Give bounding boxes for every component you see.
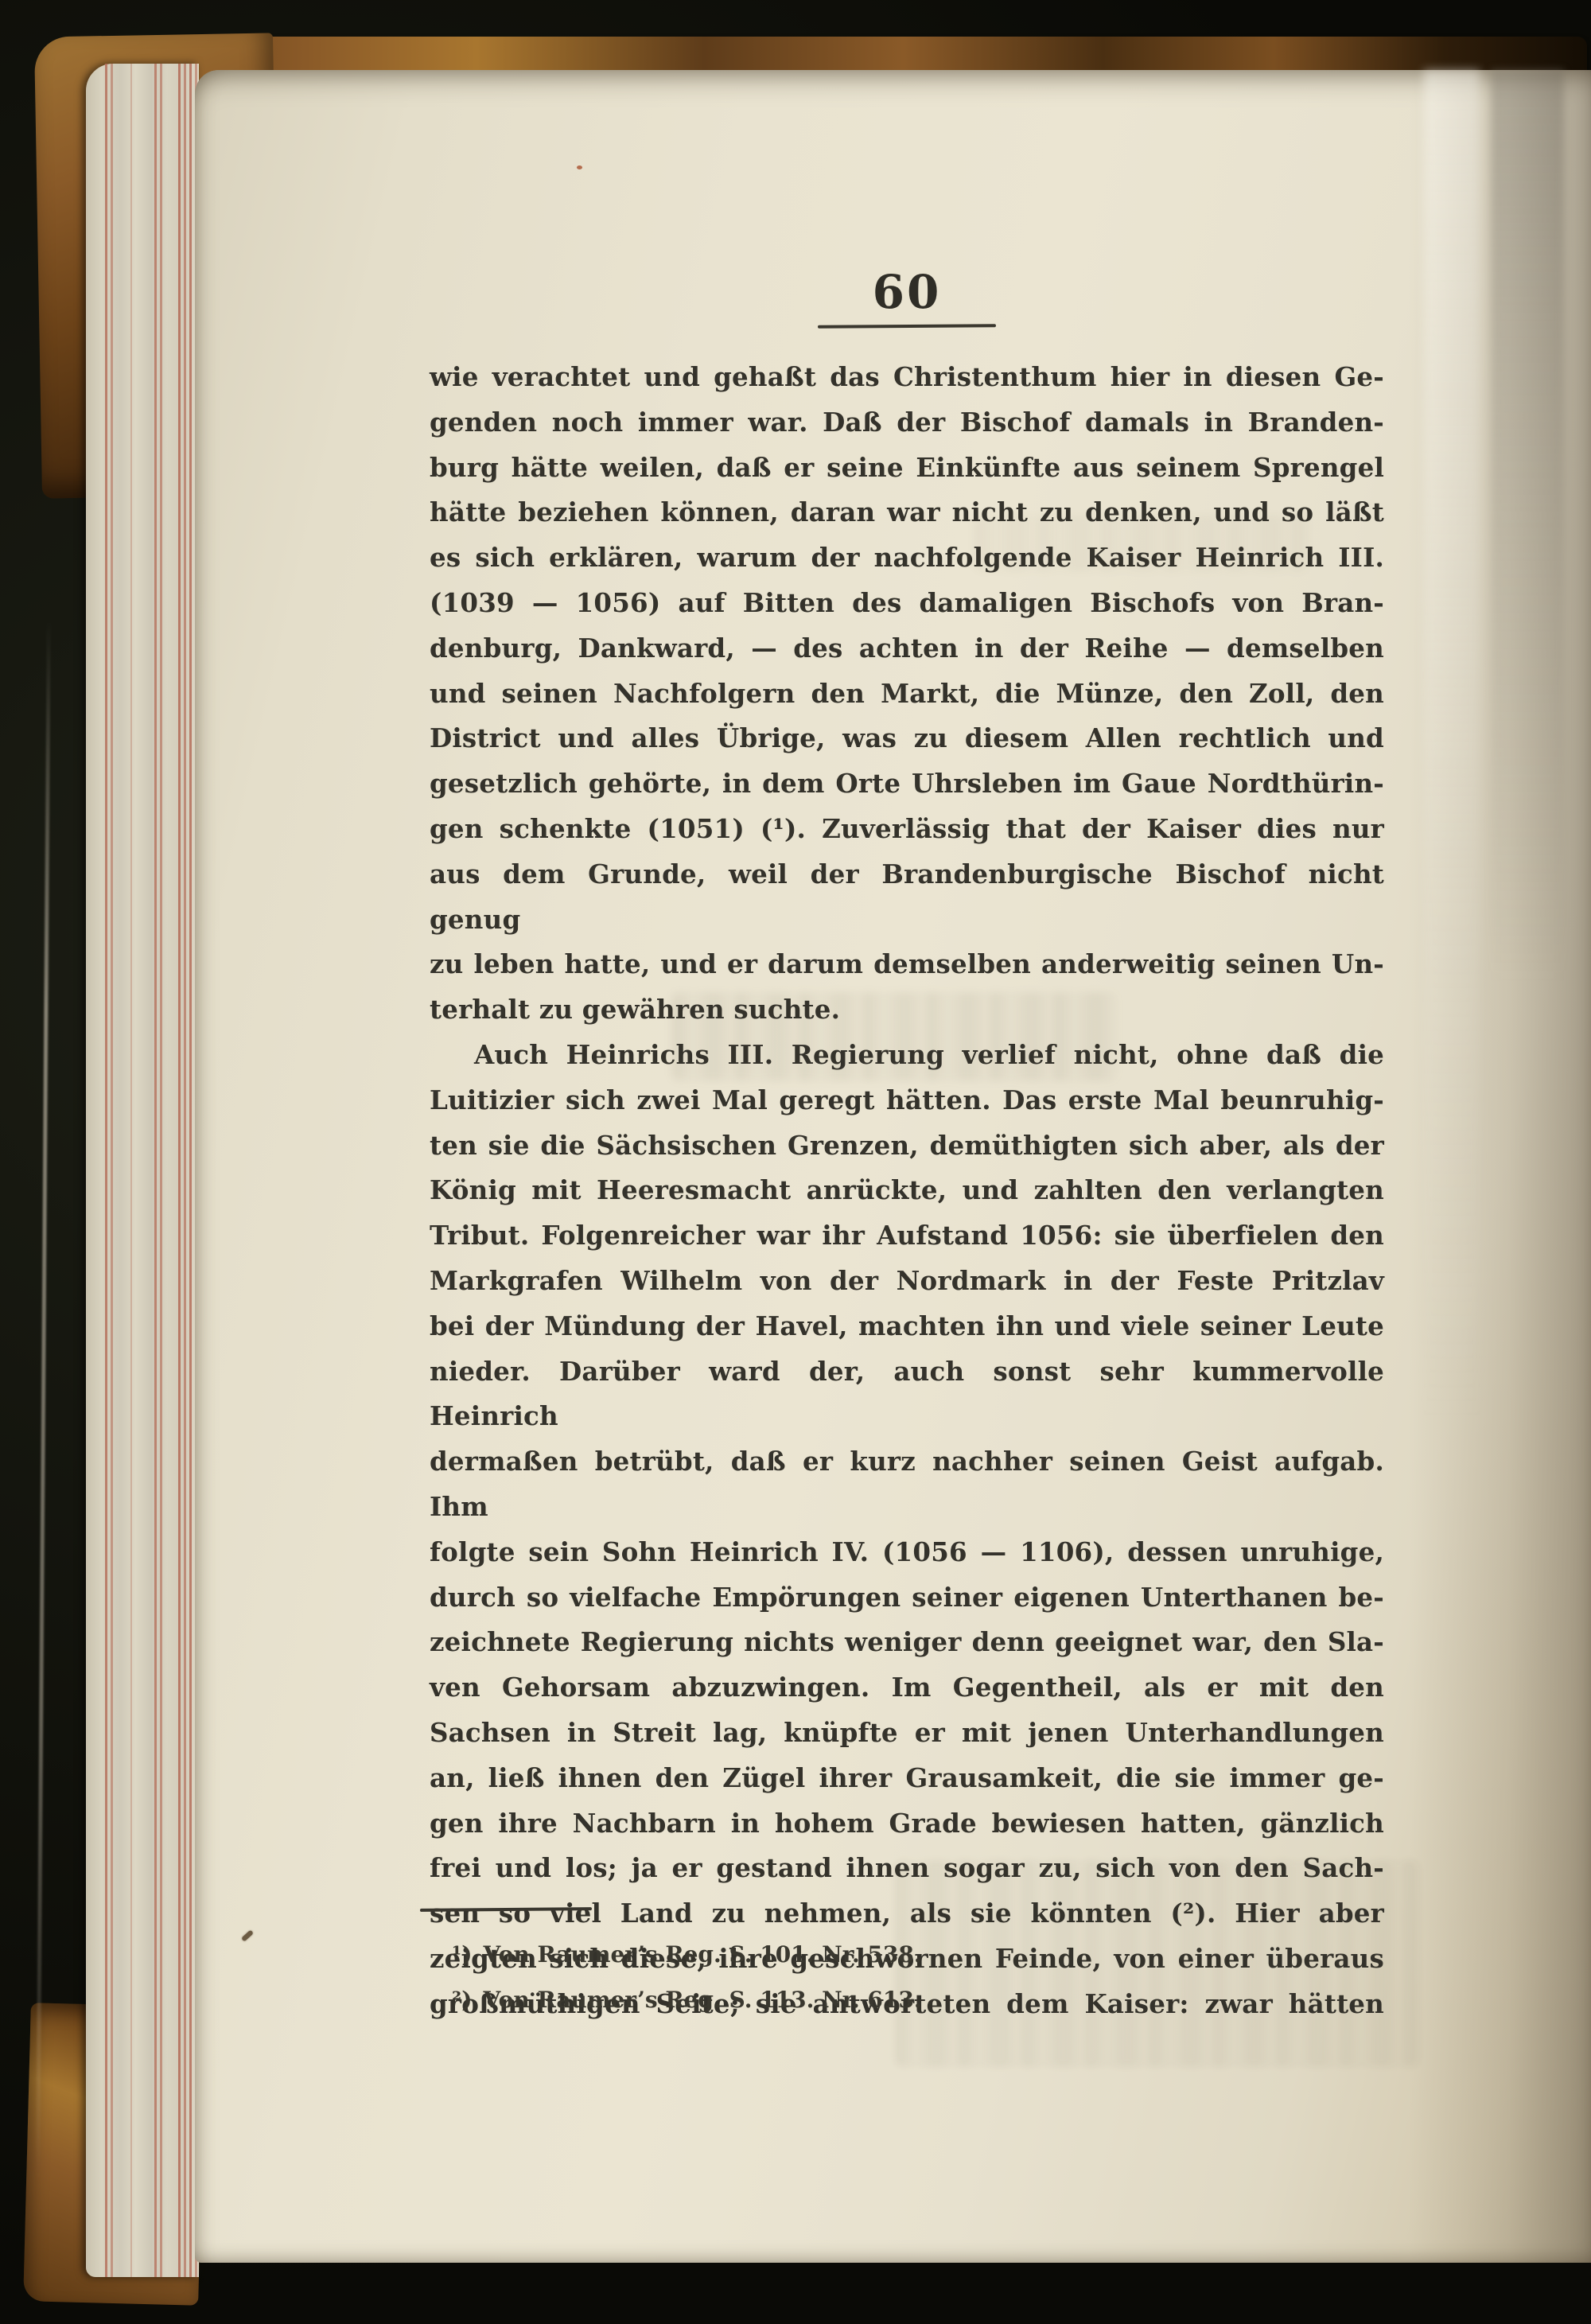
page-edge-line bbox=[160, 64, 162, 2277]
text-line: Tribut. Folgenreicher war ihr Aufstand 1… bbox=[430, 1213, 1384, 1259]
pencil-speck bbox=[241, 1929, 254, 1941]
page-edge-line bbox=[184, 64, 186, 2277]
text-line: gen ihre Nachbarn in hohem Grade bewiese… bbox=[430, 1801, 1384, 1847]
page-number-rule bbox=[818, 324, 996, 329]
text-line: bei der Mündung der Havel, machten ihn u… bbox=[430, 1304, 1384, 1349]
gutter-shadow bbox=[1408, 70, 1591, 2263]
text-line: gen schenkte (1051) (¹). Zuverlässig tha… bbox=[430, 807, 1384, 852]
footnote-text: Von Raumer’s Reg. S. 101. Nr. 538. bbox=[484, 1941, 922, 1968]
text-line: District und alles Übrige, was zu diesem… bbox=[430, 716, 1384, 761]
page-edge-line bbox=[130, 64, 132, 2277]
page-edge-line bbox=[154, 64, 157, 2277]
text-line: und seinen Nachfolgern den Markt, die Mü… bbox=[430, 672, 1384, 717]
text-line: Markgrafen Wilhelm von der Nordmark in d… bbox=[430, 1259, 1384, 1304]
book-photo: 60 wie verachtet und gehaßt das Christen… bbox=[0, 0, 1591, 2324]
text-line: Sachsen in Streit lag, knüpfte er mit je… bbox=[430, 1711, 1384, 1756]
text-line: gesetzlich gehörte, in dem Orte Uhrslebe… bbox=[430, 761, 1384, 807]
text-line: ven Gehorsam abzuzwingen. Im Gegentheil,… bbox=[430, 1665, 1384, 1711]
text-line: König mit Heeresmacht anrückte, und zahl… bbox=[430, 1168, 1384, 1213]
text-line: zeichnete Regierung nichts weniger denn … bbox=[430, 1620, 1384, 1665]
page-edge-stack bbox=[86, 64, 199, 2277]
body-text: wie verachtet und gehaßt das Christenthu… bbox=[430, 355, 1384, 2026]
cover-highlight-scratch bbox=[36, 621, 51, 2180]
text-line: durch so vielfache Empörungen seiner eig… bbox=[430, 1575, 1384, 1621]
text-line: denburg, Dankward, — des achten in der R… bbox=[430, 626, 1384, 672]
text-line: zu leben hatte, und er darum demselben a… bbox=[430, 942, 1384, 987]
footnotes: ¹)Von Raumer’s Reg. S. 101. Nr. 538.²)Vo… bbox=[452, 1932, 1375, 2022]
text-line: folgte sein Sohn Heinrich IV. (1056 — 11… bbox=[430, 1530, 1384, 1575]
text-line: terhalt zu gewähren suchte. bbox=[430, 987, 1384, 1033]
text-line: sen so viel Land zu nehmen, als sie könn… bbox=[430, 1891, 1384, 1937]
book-page: 60 wie verachtet und gehaßt das Christen… bbox=[195, 70, 1591, 2263]
text-line: Luitizier sich zwei Mal geregt hätten. D… bbox=[430, 1078, 1384, 1123]
text-line: ten sie die Sächsischen Grenzen, demüthi… bbox=[430, 1123, 1384, 1169]
text-line: es sich erklären, warum der nachfolgende… bbox=[430, 535, 1384, 581]
text-line: an, ließ ihnen den Zügel ihrer Grausamke… bbox=[430, 1756, 1384, 1801]
text-line: nieder. Darüber ward der, auch sonst seh… bbox=[430, 1349, 1384, 1440]
text-line: wie verachtet und gehaßt das Christenthu… bbox=[430, 355, 1384, 400]
page-number: 60 bbox=[873, 269, 942, 315]
footnote-marker: ²) bbox=[452, 1987, 473, 2013]
text-line: hätte beziehen können, daran war nicht z… bbox=[430, 490, 1384, 535]
text-line: frei und los; ja er gestand ihnen sogar … bbox=[430, 1846, 1384, 1891]
text-line: aus dem Grunde, weil der Brandenburgisch… bbox=[430, 852, 1384, 943]
text-line: (1039 — 1056) auf Bitten des damaligen B… bbox=[430, 581, 1384, 626]
footnote-text: Von Raumer’s Reg. S. 113. Nr. 613. bbox=[484, 1987, 922, 2013]
page-edge-line bbox=[178, 64, 181, 2277]
page-edge-line bbox=[105, 64, 107, 2277]
footnote: ²)Von Raumer’s Reg. S. 113. Nr. 613. bbox=[452, 1977, 1375, 2022]
footnote-marker: ¹) bbox=[452, 1941, 473, 1968]
text-line: burg hätte weilen, daß er seine Einkünft… bbox=[430, 446, 1384, 491]
page-content: 60 wie verachtet und gehaßt das Christen… bbox=[430, 70, 1384, 2263]
page-edge-line bbox=[189, 64, 192, 2277]
page-header: 60 bbox=[430, 269, 1384, 328]
text-line: Auch Heinrichs III. Regierung verlief ni… bbox=[430, 1033, 1384, 1078]
page-edge-line bbox=[111, 64, 113, 2277]
text-line: genden noch immer war. Daß der Bischof d… bbox=[430, 400, 1384, 446]
text-line: dermaßen betrübt, daß er kurz nachher se… bbox=[430, 1439, 1384, 1530]
footnote: ¹)Von Raumer’s Reg. S. 101. Nr. 538. bbox=[452, 1932, 1375, 1977]
